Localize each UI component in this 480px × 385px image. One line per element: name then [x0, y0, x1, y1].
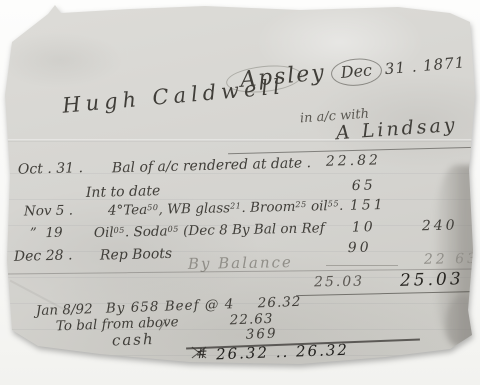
scan-background: Apsley Dec 31 . 1871 Hugh Caldwell in a/…: [0, 0, 480, 385]
cash-label: cash: [112, 331, 155, 350]
desc-part: . Broom: [241, 199, 295, 216]
entry-description: Oil05. Soda05 (Dec 8 By Bal on Ref: [94, 221, 325, 241]
desc-part: Oil: [94, 225, 114, 241]
entry-description: Bal of a/c rendered at date .: [112, 155, 312, 176]
entry-date: ” 19: [30, 226, 63, 242]
desc-part-sup: 50: [147, 202, 159, 212]
desc-part-sup: 21: [230, 200, 242, 210]
debit-amount: 65: [352, 177, 376, 194]
cash-amount: 369: [246, 327, 278, 344]
total-credit: 25.03: [400, 270, 464, 291]
balance-amount: 22 63: [424, 251, 479, 268]
paper-shadow: Apsley Dec 31 . 1871 Hugh Caldwell in a/…: [0, 0, 480, 385]
desc-part: , WB glass: [158, 200, 230, 217]
debit-amount: 22.82: [326, 152, 381, 170]
total-debit: 25.03: [314, 274, 364, 291]
entry-description: Int to date: [86, 183, 161, 201]
desc-part-sup: 55: [328, 198, 340, 208]
desc-part: oil: [307, 198, 328, 214]
desc-part: . Soda: [125, 224, 168, 241]
entry-description: 4°Tea50, WB glass21. Broom25 oil55.: [108, 199, 344, 219]
desc-part-sup: 25: [295, 199, 307, 209]
date-month-oval: Dec: [330, 57, 383, 89]
credit-amount: 240: [422, 217, 458, 234]
desc-part: 4°Tea: [108, 202, 148, 219]
balance-dash: [326, 265, 398, 266]
desc-part-sup: 05: [113, 225, 125, 235]
ledger-paper: Apsley Dec 31 . 1871 Hugh Caldwell in a/…: [0, 0, 480, 385]
desc-part: (Dec 8 By Bal on Ref: [179, 220, 325, 239]
entry-date: Oct . 31 .: [18, 160, 83, 178]
desc-part: .: [339, 198, 344, 214]
desc-part-sup: 05: [167, 224, 179, 234]
debit-amount: 151: [350, 197, 386, 214]
entry-date: Nov 5 .: [24, 203, 73, 220]
settlement-amount: 26.32: [258, 295, 302, 312]
debit-amount: 10: [352, 219, 376, 236]
date-day-year: 31 . 1871: [384, 54, 466, 78]
